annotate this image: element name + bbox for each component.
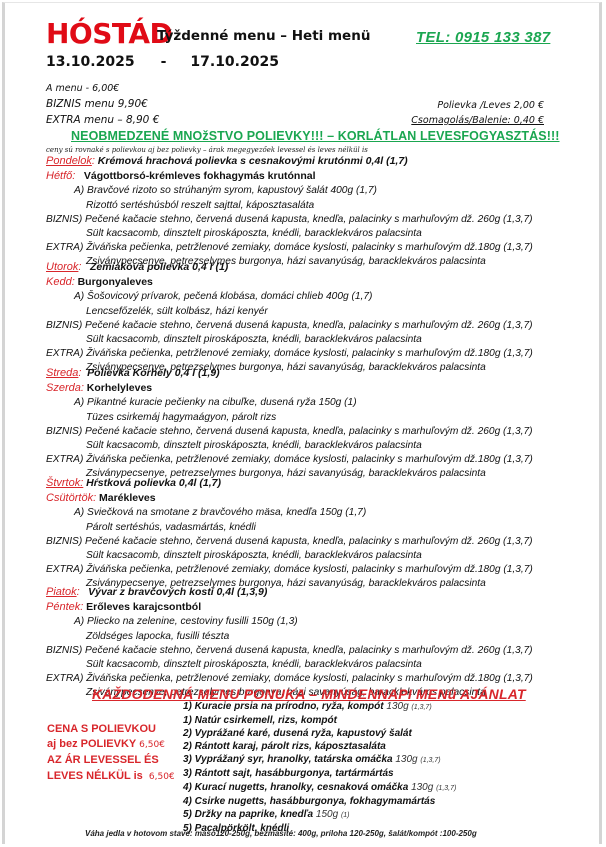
price-note-line2-price: 6,50€	[139, 740, 165, 750]
soup-hu: Burgonyaleves	[78, 276, 153, 288]
daily-item-allergens: (1)	[341, 812, 350, 819]
date-range: 13.10.2025-17.10.2025	[46, 54, 279, 70]
soup-sk: Krémová hrachová polievka s cesnakovými …	[98, 155, 408, 167]
daily-item-text: 1) Natúr csirkemell, rizs, kompót	[183, 715, 337, 726]
daily-item-text: 4) Csirke nugetts, hasábburgonya, fokhag…	[183, 796, 435, 807]
daily-menu-item: 4) Kurací nugetts, hranolky, cesnaková o…	[183, 781, 456, 795]
dish-biznis-sk: BIZNIS) Pečené kačacie stehno, červená d…	[46, 535, 533, 549]
daily-item-text: 3) Rántott sajt, hasábburgonya, tartármá…	[183, 768, 394, 779]
dish-a-sk: A) Pliecko na zelenine, cestoviny fusill…	[46, 615, 533, 629]
daily-item-weight: 130g	[411, 782, 433, 793]
day-name-hu: Csütörtök:	[46, 492, 96, 504]
restaurant-name: HÓSTÁD	[46, 17, 172, 50]
day-block-monday: Pondelok: Krémová hrachová polievka s ce…	[46, 154, 533, 270]
phone-number[interactable]: TEL: 0915 133 387	[416, 29, 550, 46]
dish-extra-sk: EXTRA) Živáňska pečienka, petržlenové ze…	[46, 453, 533, 467]
dish-extra-sk: EXTRA) Živáňska pečienka, petržlenové ze…	[46, 563, 533, 577]
day-name-sk: Štvrtok:	[46, 477, 83, 489]
price-a-menu: A menu - 6,00€	[46, 83, 119, 94]
dish-extra-sk: EXTRA) Živáňska pečienka, petržlenové ze…	[46, 347, 533, 361]
dish-extra-sk: EXTRA) Živáňska pečienka, petržlenové ze…	[46, 241, 533, 255]
daily-item-text: 5) Držky na paprike, knedľa	[183, 809, 313, 820]
price-note-line3: AZ ÁR LEVESSEL ÉS	[47, 753, 175, 768]
dish-biznis-hu: Sült kacsacomb, dinsztelt piroskáposzta,…	[46, 227, 533, 241]
day-name-hu: Szerda:	[46, 382, 84, 394]
soup-sk: Zemiaková polievka 0,4 l (1)	[90, 261, 228, 273]
price-extra-menu: EXTRA menu – 8,90 €	[46, 114, 159, 126]
daily-item-text: 1) Kuracie prsia na prírodno, ryža, komp…	[183, 701, 384, 712]
daily-item-allergens: (1,3,7)	[411, 704, 431, 711]
price-note-line1: CENA S POLIEVKOU	[47, 722, 175, 737]
date-from: 13.10.2025	[46, 54, 135, 70]
day-name-sk: Pondelok	[46, 155, 92, 167]
daily-item-weight: 130g	[395, 754, 417, 765]
soup-hu: Korhelyleves	[87, 382, 152, 394]
dish-biznis-sk: BIZNIS) Pečené kačacie stehno, červená d…	[46, 644, 533, 658]
daily-price-note: CENA S POLIEVKOU aj bez POLIEVKY 6,50€ A…	[47, 722, 175, 785]
price-note-line4: LEVES NÉLKÜL is	[47, 770, 143, 782]
daily-menu-item: 5) Držky na paprike, knedľa 150g (1)	[183, 808, 456, 822]
day-name-sk: Streda	[46, 367, 78, 379]
day-name-hu: Kedd:	[46, 276, 75, 288]
soup-hu: Erőleves karajcsontból	[86, 601, 201, 613]
soup-sk: Vývar z bravčových kostí 0,4l (1,3,9)	[88, 586, 267, 598]
price-soup: Polievka /Leves 2,00 €	[437, 100, 544, 111]
day-block-tuesday: Utorok: Zemiaková polievka 0,4 l (1) Ked…	[46, 260, 533, 376]
daily-menu-item: 2) Rántott karaj, párolt rizs, káposztas…	[183, 740, 456, 753]
dish-extra-sk: EXTRA) Živáňska pečienka, petržlenové ze…	[46, 672, 533, 686]
soup-sk: Polievka Korhely 0,4 l (1,9)	[87, 367, 219, 379]
dish-biznis-hu: Sült kacsacomb, dinsztelt piroskáposzta,…	[46, 439, 533, 453]
day-block-wednesday: Streda: Polievka Korhely 0,4 l (1,9) Sze…	[46, 366, 533, 482]
day-name-hu: Péntek:	[46, 601, 83, 613]
daily-item-text: 3) Vyprážaný syr, hranolky, tatárska omá…	[183, 754, 393, 765]
daily-menu-item: 1) Natúr csirkemell, rizs, kompót	[183, 714, 456, 727]
dish-a-sk: A) Sviečková na smotane z bravčového mäs…	[46, 506, 533, 520]
menu-subtitle: Týždenné menu – Heti menü	[157, 28, 370, 44]
dish-biznis-sk: BIZNIS) Pečené kačacie stehno, červená d…	[46, 319, 533, 333]
dish-a-sk: A) Pikantné kuracie pečienky na cibuľke,…	[46, 396, 533, 410]
daily-item-text: 2) Vyprážané karé, dusená ryža, kapustov…	[183, 728, 412, 739]
price-note: ceny sú rovnaké s polievkou aj bez polie…	[46, 146, 368, 154]
price-note-line4-price: 6,50€	[149, 772, 175, 782]
dish-biznis-hu: Sült kacsacomb, dinsztelt piroskáposzta,…	[46, 658, 533, 672]
portion-weights-note: Váha jedla v hotovom stave: mäso120-250g…	[85, 829, 477, 838]
dish-a-hu: Zöldséges lapocka, fusilli tészta	[46, 630, 533, 644]
dish-biznis-hu: Sült kacsacomb, dinsztelt piroskáposzta,…	[46, 549, 533, 563]
daily-menu-item: 3) Vyprážaný syr, hranolky, tatárska omá…	[183, 753, 456, 767]
daily-item-weight: 150g	[316, 809, 338, 820]
price-biznis-menu: BIZNIS menu 9,90€	[46, 98, 148, 110]
day-block-friday: Piatok: Vývar z bravčových kostí 0,4l (1…	[46, 585, 533, 701]
daily-item-weight: 130g	[386, 701, 408, 712]
dish-a-sk: A) Bravčové rizoto so strúhaným syrom, k…	[46, 184, 533, 198]
dish-a-sk: A) Šošovicový prívarok, pečená klobása, …	[46, 290, 533, 304]
date-separator: -	[161, 54, 167, 70]
dish-a-hu: Lencsefőzelék, sült kolbász, házi kenyér	[46, 305, 533, 319]
daily-item-allergens: (1,3,7)	[436, 785, 456, 792]
dish-a-hu: Tüzes csirkemáj hagymaágyon, párolt rizs	[46, 411, 533, 425]
dish-biznis-sk: BIZNIS) Pečené kačacie stehno, červená d…	[46, 213, 533, 227]
date-to: 17.10.2025	[190, 54, 279, 70]
price-note-line2: aj bez POLIEVKY	[47, 738, 136, 750]
dish-a-hu: Rizottó sertéshúsból reszelt sajttal, ká…	[46, 199, 533, 213]
price-packaging: Csomagolás/Balenie: 0,40 €	[411, 115, 544, 126]
daily-menu-list: 1) Kuracie prsia na prírodno, ryža, komp…	[183, 700, 456, 835]
day-name-hu: Hétfő:	[46, 170, 75, 182]
day-block-thursday: Štvrtok: Hŕstková polievka 0,4l (1,7) Cs…	[46, 476, 533, 592]
soup-hu: Marékleves	[99, 492, 156, 504]
daily-item-text: 4) Kurací nugetts, hranolky, cesnaková o…	[183, 782, 408, 793]
menu-page: HÓSTÁD Týždenné menu – Heti menü TEL: 09…	[2, 2, 602, 844]
dish-a-hu: Párolt sertéshús, vadasmártás, knédli	[46, 521, 533, 535]
daily-item-allergens: (1,3,7)	[420, 757, 440, 764]
soup-sk: Hŕstková polievka 0,4l (1,7)	[86, 477, 221, 489]
dish-biznis-sk: BIZNIS) Pečené kačacie stehno, červená d…	[46, 425, 533, 439]
dish-biznis-hu: Sült kacsacomb, dinsztelt piroskáposzta,…	[46, 333, 533, 347]
day-name-sk: Utorok	[46, 261, 78, 273]
daily-menu-item: 4) Csirke nugetts, hasábburgonya, fokhag…	[183, 795, 456, 808]
day-name-sk: Piatok	[46, 586, 77, 598]
daily-menu-item: 3) Rántott sajt, hasábburgonya, tartármá…	[183, 767, 456, 780]
unlimited-soup-banner: NEOBMEDZENÉ MNOžSTVO POLIEVKY!!! – KORLÁ…	[71, 129, 560, 143]
daily-menu-item: 1) Kuracie prsia na prírodno, ryža, komp…	[183, 700, 456, 714]
daily-menu-item: 2) Vyprážané karé, dusená ryža, kapustov…	[183, 727, 456, 740]
daily-item-text: 2) Rántott karaj, párolt rizs, káposztas…	[183, 741, 386, 752]
soup-hu: Vágottborsó-krémleves fokhagymás krutónn…	[84, 170, 316, 182]
